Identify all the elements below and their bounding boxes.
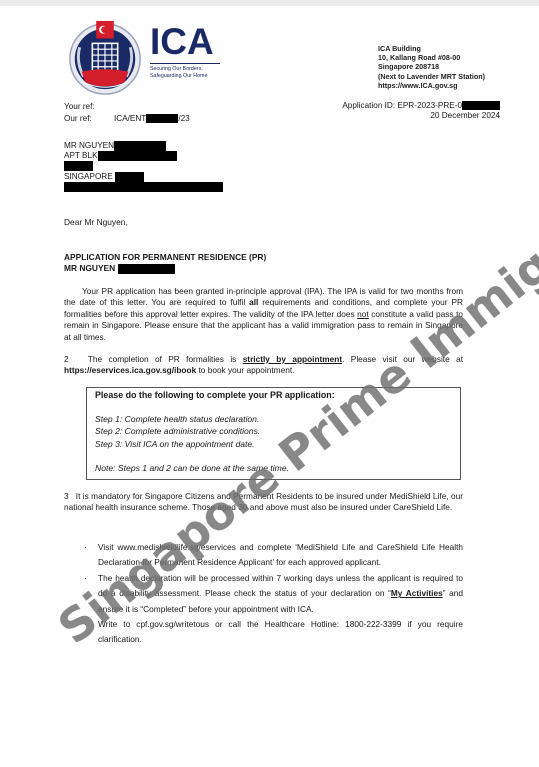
office-address: ICA Building 10, Kallang Road #08-00 Sin… (378, 44, 485, 90)
your-ref: Your ref: (64, 101, 190, 113)
address-line: 10, Kallang Road #08-00 (378, 53, 485, 62)
recipient-address: MR NGUYEN APT BLK SINGAPORE (64, 141, 223, 192)
redaction-block (115, 172, 144, 182)
ibook-link[interactable]: https://eservices.ica.gov.sg/ibook (64, 365, 196, 375)
address-line: Singapore 208718 (378, 62, 485, 71)
ica-wordmark: ICA (150, 22, 214, 62)
tagline-line-2: Safeguarding Our Home (150, 73, 207, 80)
redaction-block (64, 182, 223, 192)
redaction-block (118, 264, 175, 274)
logo-divider (150, 63, 220, 64)
recipient-line-4: SINGAPORE (64, 172, 223, 182)
subject-title: APPLICATION FOR PERMANENT RESIDENCE (PR) (64, 252, 266, 263)
my-activities-link[interactable]: My Activities (391, 588, 443, 598)
logo-tagline: Securing Our Borders, Safeguarding Our H… (150, 66, 207, 79)
redaction-block (114, 141, 166, 151)
application-id: Application ID: EPR-2023-PRE-0 (342, 101, 500, 111)
recipient-line-5 (64, 182, 223, 192)
redaction-block (64, 161, 93, 171)
application-meta: Application ID: EPR-2023-PRE-0 20 Decemb… (342, 101, 500, 121)
redaction-block (98, 151, 177, 161)
subject-applicant: MR NGUYEN (64, 263, 266, 274)
our-ref: Our ref:ICA/ENT/23 (64, 113, 190, 125)
bullet-item: ·Write to cpf.gov.sg/writetous or call t… (84, 617, 463, 648)
redaction-block (462, 101, 500, 110)
step-1: Step 1: Complete health status declarati… (95, 413, 452, 425)
ica-crest-icon (66, 18, 144, 96)
address-line: (Next to Lavender MRT Station) (378, 72, 485, 81)
recipient-line-2: APT BLK (64, 151, 223, 161)
website-link[interactable]: https://www.ICA.gov.sg (378, 81, 485, 90)
redaction-block (146, 114, 178, 123)
letter-date: 20 December 2024 (342, 111, 500, 121)
recipient-line-3 (64, 161, 223, 171)
tagline-line-1: Securing Our Borders, (150, 66, 207, 73)
references: Your ref: Our ref:ICA/ENT/23 (64, 101, 190, 125)
recipient-name: MR NGUYEN (64, 141, 223, 151)
letter-subject: APPLICATION FOR PERMANENT RESIDENCE (PR)… (64, 252, 266, 274)
salutation: Dear Mr Nguyen, (64, 217, 128, 227)
address-line: ICA Building (378, 44, 485, 53)
letter-page: ICA Securing Our Borders, Safeguarding O… (0, 0, 539, 767)
